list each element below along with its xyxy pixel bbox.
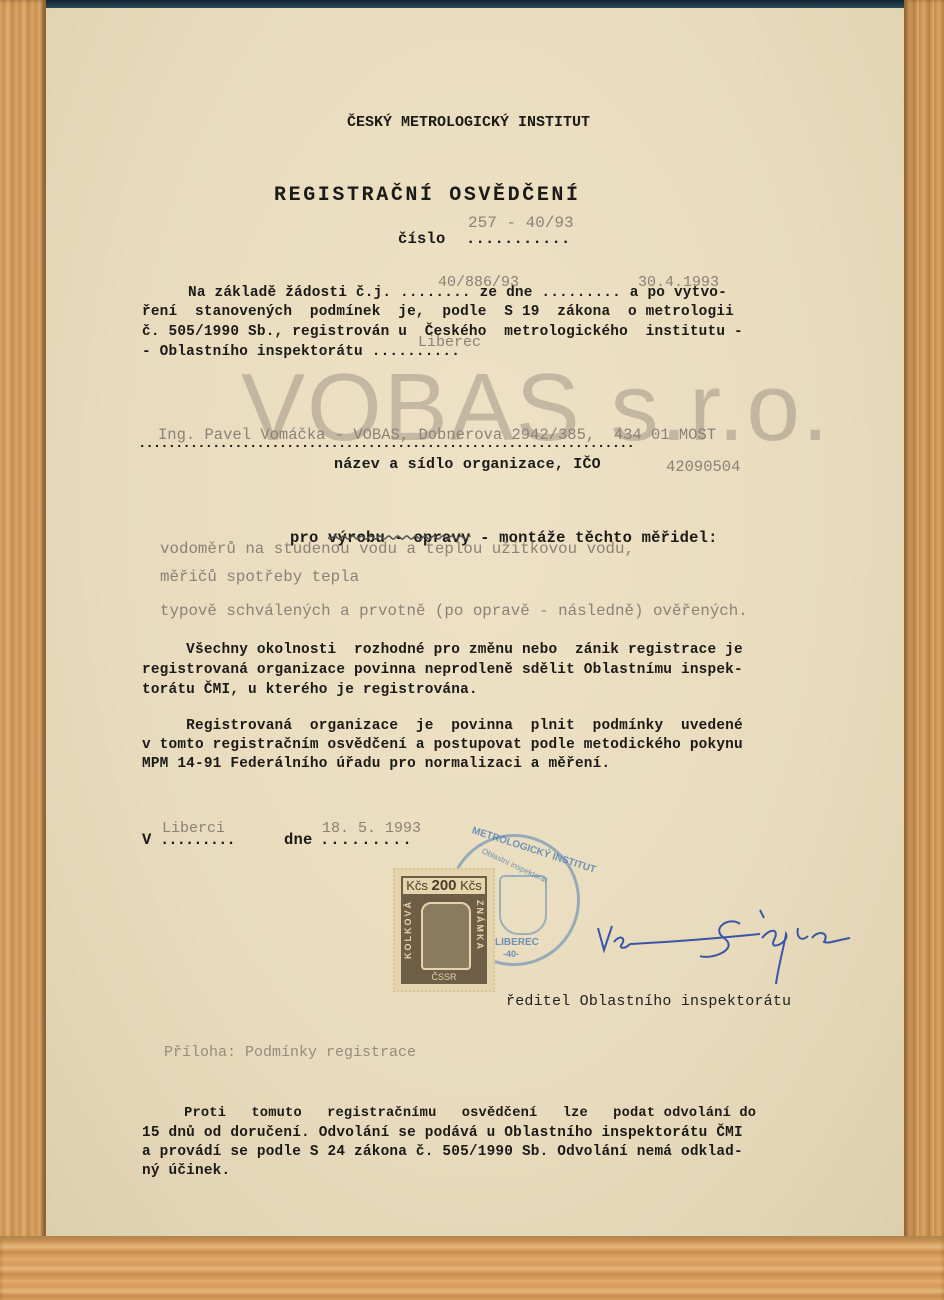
certificate-paper: VOBAS s.r.o. ČESKÝ METROLOGICKÝ INSTITUT… — [46, 8, 904, 1237]
institute-name: ČESKÝ METROLOGICKÝ INSTITUT — [347, 114, 590, 131]
paragraph4-line1: Proti tomuto registračnímu osvědčení lze… — [142, 1106, 756, 1121]
stamp-side-left: KOLKOVÁ — [403, 900, 413, 959]
attachment-note: Příloha: Podmínky registrace — [164, 1044, 416, 1061]
paragraph2-line2: registrovaná organizace povinna neprodle… — [142, 662, 743, 678]
paragraph1-line4: - Oblastního inspektorátu .......... — [142, 344, 460, 360]
inspectorate-name: Liberec — [418, 334, 481, 351]
lion-emblem-icon — [421, 902, 471, 970]
paragraph2-line3: torátu ČMI, u kterého je registrována. — [142, 682, 478, 698]
stamp-value-bar: Kčs 200 Kčs — [401, 876, 487, 896]
scope-item-1: vodoměrů na studenou vodu a teplou užitk… — [160, 540, 634, 558]
scope-item-2: měřičů spotřeby tepla — [160, 568, 359, 586]
paragraph4-line4: ný účinek. — [142, 1163, 230, 1179]
frame-left — [0, 0, 46, 1300]
request-date: 30.4.1993 — [638, 274, 719, 291]
number-label: číslo — [398, 230, 446, 248]
revenue-stamp: Kčs 200 Kčs KOLKOVÁ ZNÁMKA ČSSR — [393, 868, 495, 992]
number-dots: ........... — [466, 230, 571, 248]
signatory-title: ředitel Oblastního inspektorátu — [506, 993, 791, 1010]
frame-top — [40, 0, 910, 8]
date-value: 18. 5. 1993 — [322, 820, 421, 837]
paragraph4-line3: a provádí se podle S 24 zákona č. 505/19… — [142, 1144, 743, 1160]
date-label: dne — [284, 831, 313, 849]
paragraph4-line2: 15 dnů od doručení. Odvolání se podává u… — [142, 1125, 743, 1141]
paragraph3-line2: v tomto registračním osvědčení a postupo… — [142, 737, 743, 753]
stamp-currency-right: Kčs — [460, 878, 482, 893]
signature-icon — [590, 898, 860, 988]
frame-right — [904, 0, 944, 1300]
paragraph1-line2: ření stanovených podmínek je, podle S 19… — [142, 304, 734, 320]
organization-ico: 42090504 — [666, 458, 740, 476]
organization-dots: ........................................… — [138, 436, 634, 452]
request-number: 40/886/93 — [438, 274, 519, 291]
number-value: 257 - 40/93 — [468, 214, 574, 232]
paragraph2-line1: Všechny okolnosti rozhodné pro změnu neb… — [142, 642, 743, 658]
seal-code: -40- — [503, 949, 519, 959]
organization-label: název a sídlo organizace, IČO — [334, 456, 601, 473]
place-prefix: V — [142, 831, 152, 849]
seal-bottom-text: LIBEREC — [495, 937, 539, 948]
place-value: Liberci — [162, 820, 225, 837]
stamp-country: ČSSR — [395, 972, 493, 982]
paragraph3-line1: Registrovaná organizace je povinna plnit… — [142, 718, 743, 734]
stamp-currency-left: Kčs — [406, 878, 428, 893]
scope-item-3: typově schválených a prvotně (po opravě … — [160, 602, 748, 620]
seal-coat-of-arms-icon — [499, 875, 547, 935]
paragraph3-line3: MPM 14-91 Federálního úřadu pro normaliz… — [142, 756, 610, 772]
stamp-value: 200 — [431, 877, 456, 894]
document-title: REGISTRAČNÍ OSVĚDČENÍ — [274, 184, 581, 207]
stamp-side-right: ZNÁMKA — [475, 900, 485, 951]
frame-bottom — [0, 1236, 944, 1300]
